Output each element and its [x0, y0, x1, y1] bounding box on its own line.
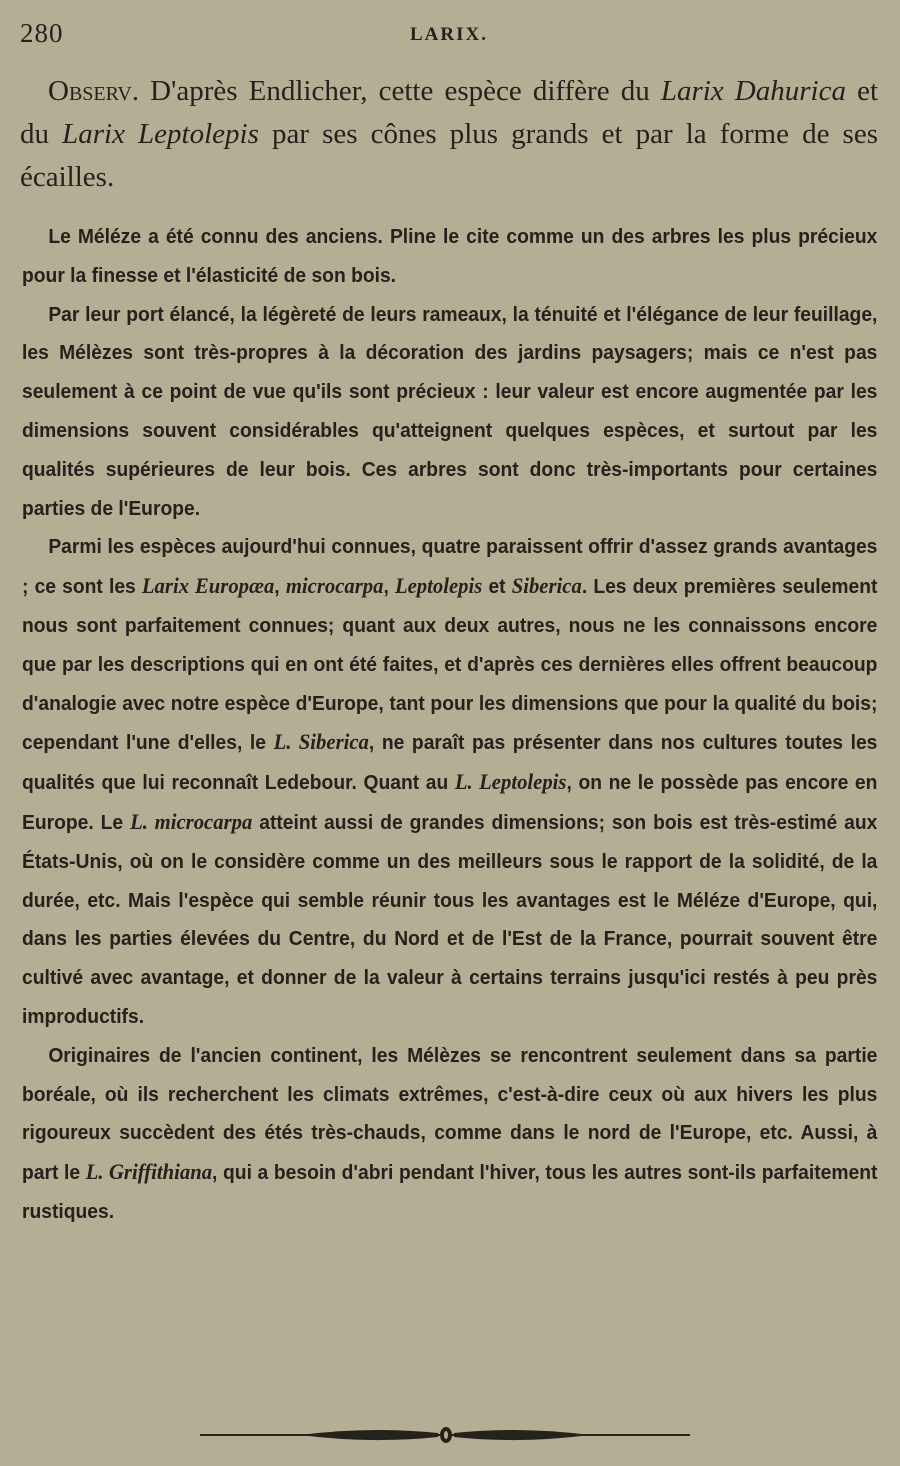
- text-run: Par leur port élancé, la légèreté de leu…: [22, 303, 877, 520]
- text-run: . Les deux premières seulement nous sont…: [22, 575, 877, 754]
- italic-species-name: L. microcarpa: [130, 809, 252, 834]
- italic-species-name: L. Griffithiana: [86, 1159, 212, 1184]
- paragraph: Originaires de l'ancien continent, les M…: [22, 1037, 877, 1232]
- body-text: Le Méléze a été connu des anciens. Pline…: [22, 218, 877, 1232]
- italic-species-name: Siberica: [512, 573, 582, 598]
- paragraph: Par leur port élancé, la légèreté de leu…: [22, 296, 877, 529]
- italic-species-name: L. Siberica: [274, 729, 369, 754]
- italic-species-name: Larix Dahurica: [661, 75, 846, 107]
- text-run: et: [482, 575, 511, 598]
- paragraph: Le Méléze a été connu des anciens. Pline…: [22, 218, 877, 296]
- observation-note: Observ. D'après Endlicher, cette espèce …: [20, 70, 878, 199]
- italic-species-name: L. Leptolepis: [455, 769, 567, 794]
- observation-lead: Observ.: [20, 75, 139, 107]
- italic-species-name: Leptolepis: [395, 573, 482, 598]
- text-run: atteint aussi de grandes dimensions; son…: [22, 811, 877, 1028]
- italic-species-name: Larix Leptolepis: [62, 118, 259, 150]
- running-title: LARIX.: [20, 24, 878, 46]
- running-head: 280 LARIX.: [20, 18, 878, 52]
- text-run: ,: [274, 575, 286, 598]
- book-page: 280 LARIX. Observ. D'après Endlicher, ce…: [0, 0, 900, 1466]
- text-run: Le Méléze a été connu des anciens. Pline…: [22, 225, 877, 287]
- italic-species-name: Larix Europæa: [142, 573, 274, 598]
- tailpiece-ornament-icon: [200, 1425, 690, 1445]
- observation-text: D'après Endlicher, cette espèce diffère …: [20, 75, 878, 193]
- paragraph: Parmi les espèces aujourd'hui connues, q…: [22, 528, 877, 1036]
- text-run: D'après Endlicher, cette espèce diffère …: [139, 75, 661, 107]
- text-run: ,: [383, 575, 395, 598]
- italic-species-name: microcarpa: [286, 573, 384, 598]
